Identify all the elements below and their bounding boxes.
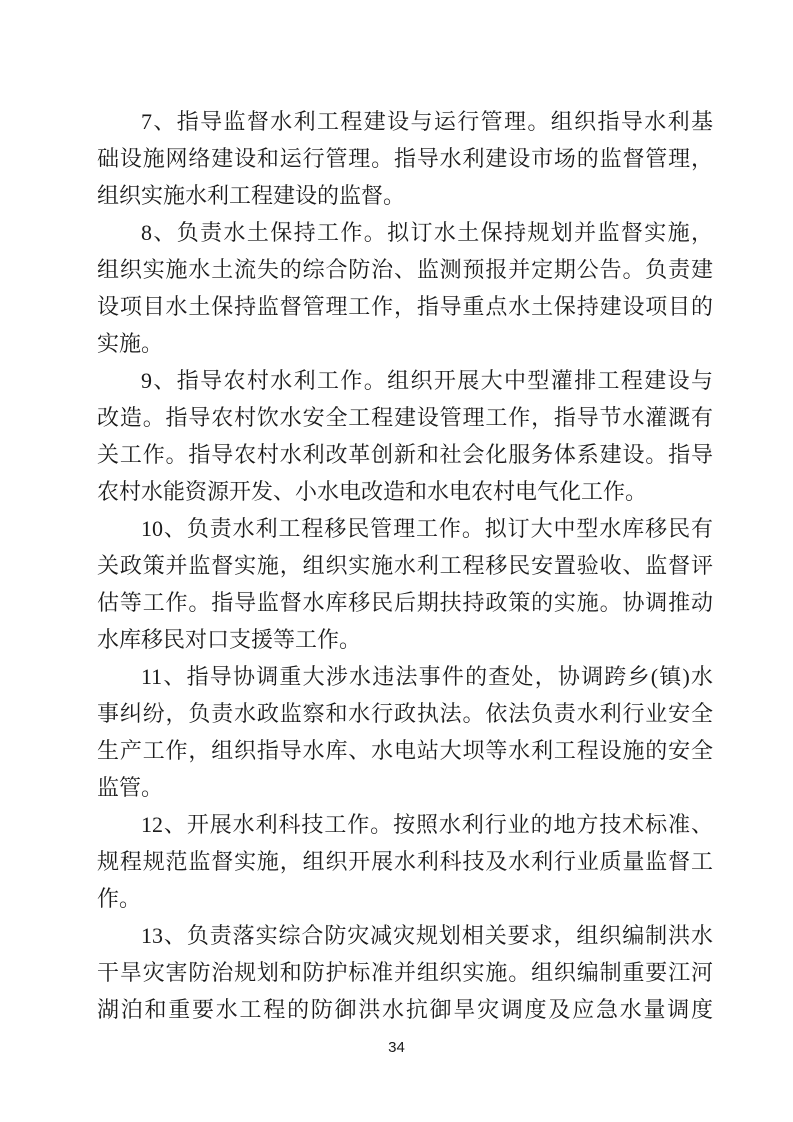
- item-11-line-4: 监管。: [97, 769, 713, 806]
- item-12-line-3: 作。: [97, 880, 713, 917]
- item-8-line-3: 设项目水土保持监督管理工作，指导重点水土保持建设项目的: [97, 288, 713, 325]
- item-7-line-3: 组织实施水利工程建设的监督。: [97, 177, 713, 214]
- item-8-line-4: 实施。: [97, 325, 713, 362]
- item-13-line-2: 干旱灾害防治规划和防护标准并组织实施。组织编制重要江河: [97, 954, 713, 991]
- item-12-line-2: 规程规范监督实施，组织开展水利科技及水利行业质量监督工: [97, 843, 713, 880]
- item-11-line-2: 事纠纷，负责水政监察和水行政执法。依法负责水利行业安全: [97, 695, 713, 732]
- item-10-line-4: 水库移民对口支援等工作。: [97, 621, 713, 658]
- item-13-line-3: 湖泊和重要水工程的防御洪水抗御旱灾调度及应急水量调度: [97, 991, 713, 1028]
- item-11-line-1: 11、指导协调重大涉水违法事件的查处，协调跨乡(镇)水: [97, 658, 713, 695]
- item-13-line-1: 13、负责落实综合防灾减灾规划相关要求，组织编制洪水: [97, 917, 713, 954]
- item-12-line-1: 12、开展水利科技工作。按照水利行业的地方技术标准、: [97, 806, 713, 843]
- item-10-line-3: 估等工作。指导监督水库移民后期扶持政策的实施。协调推动: [97, 584, 713, 621]
- page-number: 34: [0, 1039, 793, 1057]
- item-10-line-2: 关政策并监督实施，组织实施水利工程移民安置验收、监督评: [97, 547, 713, 584]
- document-page: 7、指导监督水利工程建设与运行管理。组织指导水利基础设施网络建设和运行管理。指导…: [0, 0, 793, 1122]
- item-8-line-2: 组织实施水土流失的综合防治、监测预报并定期公告。负责建: [97, 251, 713, 288]
- item-11-line-3: 生产工作，组织指导水库、水电站大坝等水利工程设施的安全: [97, 732, 713, 769]
- item-9-line-4: 农村水能资源开发、小水电改造和水电农村电气化工作。: [97, 473, 713, 510]
- item-7-line-1: 7、指导监督水利工程建设与运行管理。组织指导水利基: [97, 103, 713, 140]
- item-9-line-1: 9、指导农村水利工作。组织开展大中型灌排工程建设与: [97, 362, 713, 399]
- item-9-line-3: 关工作。指导农村水利改革创新和社会化服务体系建设。指导: [97, 436, 713, 473]
- item-10-line-1: 10、负责水利工程移民管理工作。拟订大中型水库移民有: [97, 510, 713, 547]
- item-8-line-1: 8、负责水土保持工作。拟订水土保持规划并监督实施，: [97, 214, 713, 251]
- item-7-line-2: 础设施网络建设和运行管理。指导水利建设市场的监督管理，: [97, 140, 713, 177]
- item-9-line-2: 改造。指导农村饮水安全工程建设管理工作，指导节水灌溉有: [97, 399, 713, 436]
- document-body: 7、指导监督水利工程建设与运行管理。组织指导水利基础设施网络建设和运行管理。指导…: [97, 103, 713, 1028]
